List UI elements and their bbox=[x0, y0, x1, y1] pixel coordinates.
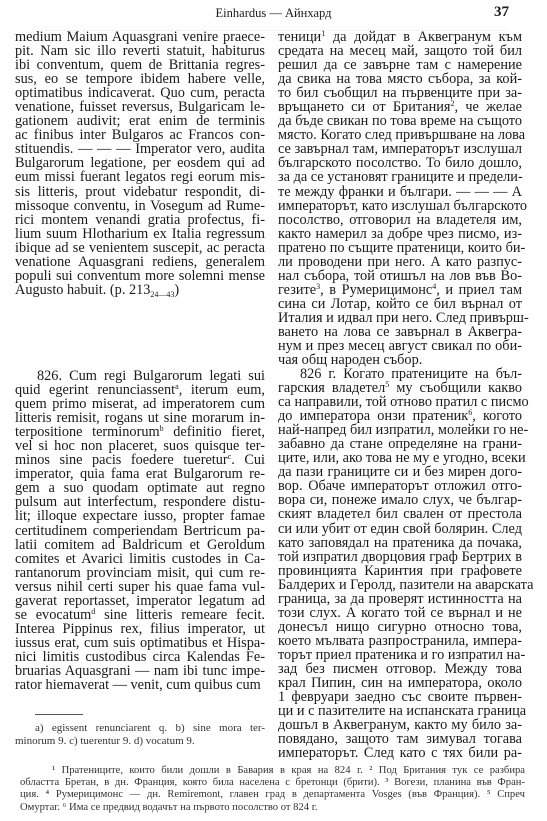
text-line: vel si hoc non placeret, suos quisque te… bbox=[15, 439, 265, 453]
text-line: да пази границите си и без мирен дого- bbox=[278, 465, 522, 479]
text-line: гарския владетел5 му съобщили какво bbox=[278, 381, 522, 395]
text-line: връщането си от Британия2, че желае bbox=[278, 100, 522, 114]
text-line: дошъл в Аквегранум, както му било за- bbox=[278, 718, 522, 732]
text-line: venatione Aquasgrani rediens, generalem bbox=[15, 255, 265, 269]
text-line: като заповядал на пратеника да почака, bbox=[278, 536, 522, 550]
text-line: средата на месец май, защото той бил bbox=[278, 44, 522, 58]
text-line: нал събора, той отишъл на лов във Во- bbox=[278, 269, 522, 283]
text-line: донесъл нищо сигурно относно това, bbox=[278, 620, 522, 634]
footnote-line: ¹ Пратениците, които били дошли в Бавари… bbox=[20, 765, 525, 777]
text-line: iussus erat, cum suis optimatibus et His… bbox=[15, 636, 265, 650]
text-line: най-напред бил изпратил, молейки го не- bbox=[278, 423, 522, 437]
text-line: то бил съобщил на първенците при за- bbox=[278, 86, 522, 100]
text-line: ци и с пазителите на испанската граница bbox=[278, 704, 522, 718]
text-line: nici limitis custodibus circa Kalendas F… bbox=[15, 650, 265, 664]
text-line: те между франки и българи. — — — А bbox=[278, 185, 522, 199]
text-line: да свика на това място събора, за кой- bbox=[278, 72, 522, 86]
text-fragment: Augusto habuit. (p. 213 bbox=[15, 282, 150, 298]
text-line: торът приел пратеника и го изпратил на- bbox=[278, 648, 522, 662]
text-line: провинцията Каринтия при графовете bbox=[278, 564, 522, 578]
text-line: litteris remisit, rogans ut sine morarum… bbox=[15, 411, 265, 425]
footnote-line: областта Бретан, в дн. Франция, която би… bbox=[20, 777, 525, 789]
text-line: rator hiemaverat — venit, cum quibus cum bbox=[15, 678, 265, 692]
text-line: minos sine pacis foedere tuereturc. Cui bbox=[15, 453, 265, 467]
text-line: забавно да стане определяне на грани- bbox=[278, 437, 522, 451]
text-line: missoque conventu, in Vosegum ad Rume- bbox=[15, 199, 265, 213]
text-line: latii comitem ad Baldricum et Geroldum bbox=[15, 538, 265, 552]
text-line: medium Maium Aquasgrani venire praece- bbox=[15, 30, 265, 44]
text-line: императорът. След като с тях били ра- bbox=[278, 746, 522, 760]
text-line: пратено по същите пратеници, които би- bbox=[278, 241, 522, 255]
text-line: за да се установят границите и предели- bbox=[278, 170, 522, 184]
text-line: quem primo miserat, ad imperatorem cum bbox=[15, 397, 265, 411]
text-line: императорът, като изслушал българското bbox=[278, 199, 522, 213]
text-line: ac finibus inter Bulgaros ac Francos con… bbox=[15, 128, 265, 142]
bulgarian-footnotes: ¹ Пратениците, които били дошли в Бавари… bbox=[20, 765, 525, 814]
footnote-divider bbox=[35, 714, 83, 715]
text-line: българското посолство. То било дошло, bbox=[278, 156, 522, 170]
text-line: до императора онзи пратеник6, когото bbox=[278, 409, 522, 423]
text-line: което мълвата разпространила, импера- bbox=[278, 634, 522, 648]
text-line: сина си Лотар, който се бил върнал от bbox=[278, 297, 522, 311]
text-line: ли проводени при него. А като разпус- bbox=[278, 255, 522, 269]
text-line: rici montem venandi gratia profectus, fi… bbox=[15, 213, 265, 227]
page-header: Einhardus — Айнхард 37 bbox=[0, 4, 547, 22]
text-line: Италия и идвал при него. След привърш- bbox=[278, 311, 522, 325]
text-line: gaverat reportasset, imperator legatum a… bbox=[15, 594, 265, 608]
text-line: se evocatumd sine litteris remeare fecit… bbox=[15, 608, 265, 622]
latin-critical-apparatus: a) egissent renunciarent q. b) sine mora… bbox=[15, 722, 265, 747]
text-line: Bulgarorum legatione, per eosdem qui ad bbox=[15, 156, 265, 170]
text-line: pit. Nam sic illo reverti statuit, habit… bbox=[15, 44, 265, 58]
text-line: гезите3, в Румерицимонс4, и приел там bbox=[278, 283, 522, 297]
text-line: stituendis. — — — Imperator vero, audita bbox=[15, 142, 265, 156]
note-line: minorum 9. c) tuerentur 9. d) vocatum 9. bbox=[15, 735, 265, 748]
text-line: imperator, quia fama erat Bulgarorum re- bbox=[15, 467, 265, 481]
page-number: 37 bbox=[494, 4, 509, 21]
text-line: вор. Обаче императорът отложил отго- bbox=[278, 479, 522, 493]
text-line: теници1 да дойдат в Аквегранум към bbox=[278, 30, 522, 44]
text-line: lit; illoque expectare iusso, propter fa… bbox=[15, 509, 265, 523]
bulgarian-paragraph-1: теници1 да дойдат в Аквегранум към среда… bbox=[278, 30, 522, 367]
text-line: са направили, той отново пратил с писмо bbox=[278, 395, 522, 409]
text-line: вора си, понеже имало слух, че българ- bbox=[278, 493, 522, 507]
text-line: си или убит от един свой болярин. След bbox=[278, 522, 522, 536]
text-line: Балдерих и Геролд, пазители на аварската bbox=[278, 578, 522, 592]
text-line: gem a suo quodam optimate aut regno bbox=[15, 481, 265, 495]
text-line: ibi conventum, quem de Brittania regres- bbox=[15, 58, 265, 72]
text-line: ският владетел бил свален от престола bbox=[278, 507, 522, 521]
bulgarian-paragraph-826: 826 г. Когато пратениците на бъл- гарски… bbox=[278, 367, 522, 760]
text-line: зад без писмен отговор. Между това bbox=[278, 662, 522, 676]
text-line: място. Когато след привършване на лова bbox=[278, 128, 522, 142]
text-line: certitudinem comperiendam Bertricum pa- bbox=[15, 524, 265, 538]
text-line: граница, за да проверят истинността на bbox=[278, 592, 522, 606]
text-line: ibique ad se venientem suscepit, ac pera… bbox=[15, 241, 265, 255]
text-line: решил да се завърне там с намерение bbox=[278, 58, 522, 72]
text-line: Interea Pippinus rex, filius imperator, … bbox=[15, 622, 265, 636]
text-line-with-citation: Augusto habuit. (p. 21324—43) bbox=[15, 283, 265, 297]
text-line: крал Пипин, син на императора, около bbox=[278, 676, 522, 690]
text-line: този слух. А когато той се върнал и не bbox=[278, 606, 522, 620]
text-line: посолство, отговорил на владетеля им, bbox=[278, 213, 522, 227]
citation-subscript: 24—43 bbox=[150, 290, 174, 299]
text-line: sis litteris, prout videbatur respondit,… bbox=[15, 185, 265, 199]
text-line: нум и през месец август свикал по оби- bbox=[278, 339, 522, 353]
text-line: optimatibus indicaverat. Quo cum, peract… bbox=[15, 86, 265, 100]
text-line: 826 г. Когато пратениците на бъл- bbox=[278, 367, 522, 381]
text-line: както намерил за добре чрез писмо, из- bbox=[278, 227, 522, 241]
text-line: venatione, fuisset reversus, Bulgaricam … bbox=[15, 100, 265, 114]
text-line: sus, eo se tempore ibidem habere velle, bbox=[15, 72, 265, 86]
text-line: eum missi fuerant legatos regi eorum mis… bbox=[15, 170, 265, 184]
note-line: a) egissent renunciarent q. b) sine mora… bbox=[15, 722, 265, 735]
text-line: 826. Cum regi Bulgarorum legati sui bbox=[15, 369, 265, 383]
text-line: populi sui conventum more solemni mense bbox=[15, 269, 265, 283]
text-line: bruarias Aquasgrani — nam ibi tunc impe- bbox=[15, 664, 265, 678]
text-line: pulsum aut interfectum, respondere distu… bbox=[15, 495, 265, 509]
text-line: ването на лова се завърнал в Аквегра- bbox=[278, 325, 522, 339]
text-line: quid egerint renunciassenta, iterum eum, bbox=[15, 383, 265, 397]
text-fragment: ) bbox=[174, 282, 179, 298]
latin-paragraph-1: medium Maium Aquasgrani venire praece- p… bbox=[15, 30, 265, 297]
text-line: comites et Avarici limitis custodes in C… bbox=[15, 552, 265, 566]
footnote-line: Омуртаг. ⁶ Има се предвид водачът на пър… bbox=[20, 802, 525, 814]
running-title: Einhardus — Айнхард bbox=[0, 6, 547, 21]
footnote-line: ция. ⁴ Румерицимонс — дн. Remiremont, гл… bbox=[20, 789, 525, 801]
text-line: rantanorum provinciam misit, qui cum re- bbox=[15, 566, 265, 580]
text-line: versus nihil certi super his quae fama v… bbox=[15, 580, 265, 594]
text-line: 1 февруари заедно със своите първен- bbox=[278, 690, 522, 704]
text-line: ците, или, ако това не му е угодно, всек… bbox=[278, 451, 522, 465]
text-line: повядано, защото там зимувал тогава bbox=[278, 732, 522, 746]
text-line: terpositione terminorumb definitio fiere… bbox=[15, 425, 265, 439]
text-line: да бъде свикан по това време на същото bbox=[278, 114, 522, 128]
text-line: се завърнал там, императорът изслушал bbox=[278, 142, 522, 156]
text-line: lium suum Hlotharium ex Italia regressum bbox=[15, 227, 265, 241]
text-line: gationem audivit; erat enim de terminis bbox=[15, 114, 265, 128]
text-line: той изпратил дворцовия граф Бертрих в bbox=[278, 550, 522, 564]
latin-paragraph-826: 826. Cum regi Bulgarorum legati sui quid… bbox=[15, 369, 265, 692]
